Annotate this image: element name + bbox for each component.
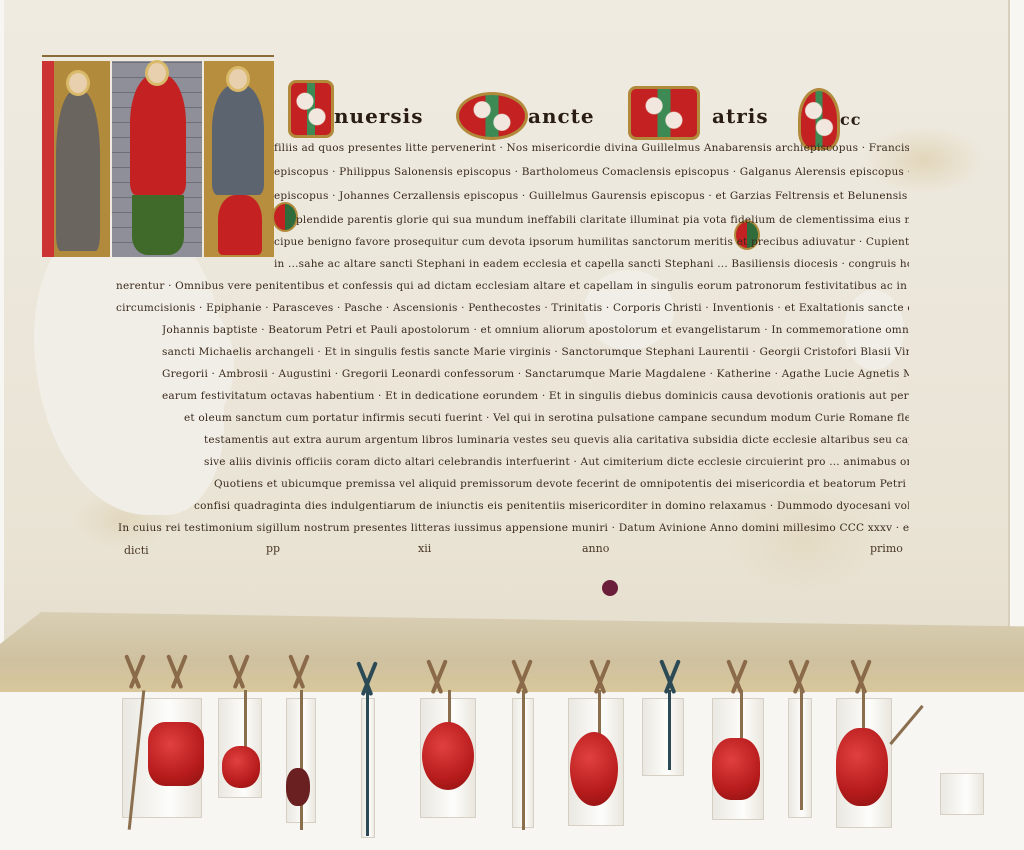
empty-mount-window: [940, 773, 984, 815]
text-line: Johannis baptiste · Beatorum Petri et Pa…: [162, 324, 909, 336]
seal-cord-loop: [844, 660, 878, 694]
red-wax-seal: [222, 746, 260, 788]
text-line: sive aliis divinis officiis coram dicto …: [204, 456, 909, 468]
hanging-cord: [300, 690, 303, 830]
text-line: episcopus · Philippus Salonensis episcop…: [274, 166, 909, 178]
hanging-cord-blue: [366, 690, 369, 836]
seal-cord-loop: [222, 655, 256, 689]
red-wax-seal: [148, 722, 204, 786]
seal-cord-loop: [160, 655, 194, 689]
decorated-capital-m: [628, 86, 700, 140]
seal-mount-window: [642, 698, 684, 776]
decorated-capital-e: [798, 88, 840, 150]
seal-cord-loop: [420, 660, 454, 694]
red-wax-seal: [836, 728, 888, 806]
decorated-capital-s: [456, 92, 528, 140]
text-line: confisi quadraginta dies indulgentiarum …: [194, 500, 909, 512]
text-line: In cuius rei testimonium sigillum nostru…: [118, 522, 909, 534]
heading-word-3: atris: [712, 104, 769, 128]
date-word: primo: [870, 542, 903, 555]
text-line: Quotiens et ubicumque premissa vel aliqu…: [214, 478, 909, 490]
parchment-loss: [144, 300, 234, 430]
decorated-capital-n: [288, 80, 334, 138]
wax-dot: [602, 580, 618, 596]
seal-cord-loop: [782, 660, 816, 694]
seal-cord-loop: [583, 660, 617, 694]
text-line: earum festivitatum octavas habentium · E…: [162, 390, 909, 402]
text-line: episcopus · Johannes Cerzallensis episco…: [274, 190, 909, 202]
red-wax-seal: [712, 738, 760, 800]
halo-head: [148, 63, 166, 83]
text-line: testamentis aut extra aurum argentum lib…: [204, 434, 909, 446]
seal-cord-loop: [118, 655, 152, 689]
hanging-cord: [522, 690, 525, 830]
heading-word-1: nuersis: [334, 104, 423, 128]
saint-figure-left: [56, 91, 100, 251]
seal-cord-loop: [282, 655, 316, 689]
red-wax-seal: [570, 732, 618, 806]
heading-word-4: cc: [840, 110, 861, 129]
heading-word-2: ancte: [528, 104, 595, 128]
red-green-roundel: [272, 202, 298, 232]
text-line: plendide parentis glorie qui sua mundum …: [296, 214, 909, 226]
text-line: nerentur · Omnibus vere penitentibus et …: [116, 280, 909, 292]
seal-cord-loop-blue: [653, 660, 687, 694]
text-line: cipue benigno favore prosequitur cum dev…: [274, 236, 909, 248]
virgin-and-child-figure: [130, 75, 186, 195]
date-word: dicti: [124, 544, 149, 557]
saint-robe: [218, 195, 262, 255]
text-line: filiis ad quos presentes litte perveneri…: [274, 142, 909, 154]
hanging-cord: [889, 705, 923, 745]
hanging-cord-blue: [668, 690, 671, 770]
illuminated-initial: [42, 55, 274, 262]
text-line: Gregorii · Ambrosii · Augustini · Gregor…: [162, 368, 909, 380]
initial-panel-left: [42, 61, 110, 257]
dark-wax-seal: [286, 768, 310, 806]
hanging-cord: [740, 690, 743, 740]
halo-head: [229, 69, 247, 89]
parchment-sheet: nuersis ancte atris cc filiis ad quos pr…: [4, 0, 1010, 690]
halo-head: [69, 73, 87, 93]
seal-cord-loop: [720, 660, 754, 694]
seal-cord-loop: [505, 660, 539, 694]
date-word: xii: [418, 542, 431, 555]
text-line: circumcisionis · Epiphanie · Parasceves …: [116, 302, 909, 314]
hanging-cord: [800, 690, 803, 810]
red-wax-seal: [422, 722, 474, 790]
text-line: sancti Michaelis archangeli · Et in sing…: [162, 346, 909, 358]
date-word: anno: [582, 542, 609, 555]
text-line: et oleum sanctum cum portatur infirmis s…: [184, 412, 909, 424]
date-word: pp: [266, 542, 280, 555]
saint-figure-right: [212, 85, 264, 195]
text-line: in ...sahe ac altare sancti Stephani in …: [274, 258, 909, 270]
virgin-robe: [132, 195, 184, 255]
